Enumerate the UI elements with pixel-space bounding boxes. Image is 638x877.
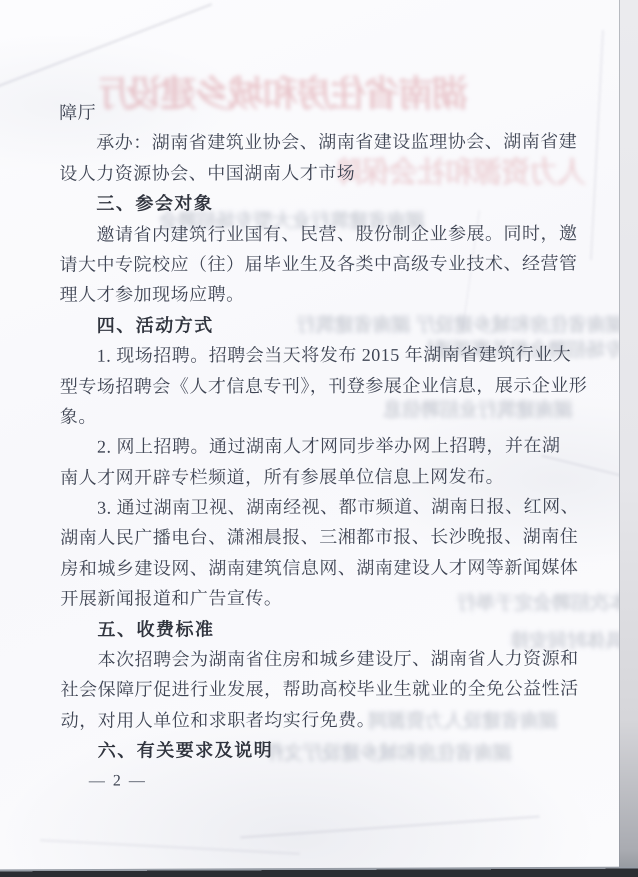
doc-line: 2. 网上招聘。通过湖南人才网同步举办网上招聘，并在湖 bbox=[60, 431, 585, 463]
doc-line: 动，对用人单位和求职者均实行免费。 bbox=[61, 704, 586, 736]
paper-crease bbox=[240, 816, 539, 839]
doc-line: 本次招聘会为湖南省住房和城乡建设厅、湖南省人力资源和 bbox=[61, 643, 586, 675]
section-heading: 四、活动方式 bbox=[60, 309, 585, 341]
section-heading: 六、有关要求及说明 bbox=[61, 735, 586, 767]
scanner-edge-bottom bbox=[0, 867, 638, 877]
doc-line: 开展新闻报道和广告宣传。 bbox=[60, 583, 585, 615]
doc-line: 设人力资源协会、中国湖南人才市场 bbox=[59, 157, 584, 189]
doc-line: 象。 bbox=[60, 400, 585, 432]
scanned-page: 湖南省住房和城乡建设厅 人力资源和社会保障厅 湖南省建筑行业大型专场招聘会 湖南… bbox=[0, 0, 621, 872]
doc-line: 社会保障厅促进行业发展，帮助高校毕业生就业的全免公益性活 bbox=[61, 674, 586, 706]
paper-crease bbox=[0, 3, 212, 94]
doc-line: 房和城乡建设网、湖南建筑信息网、湖南建设人才网等新闻媒体 bbox=[60, 552, 585, 584]
doc-line: 型专场招聘会《人才信息专刊》，刊登参展企业信息，展示企业形 bbox=[60, 370, 585, 402]
section-heading: 五、收费标准 bbox=[60, 613, 585, 645]
doc-line: 障厅 bbox=[59, 96, 584, 128]
doc-line: 3. 通过湖南卫视、湖南经视、都市频道、湖南日报、红网、 bbox=[60, 491, 585, 523]
doc-line: 湖南人民广播电台、潇湘晨报、三湘都市报、长沙晚报、湖南住 bbox=[60, 522, 585, 554]
scanner-edge-right bbox=[619, 0, 638, 877]
doc-line: 请大中专院校应（往）届毕业生及各类中高级专业技术、经营管 bbox=[59, 248, 584, 280]
doc-line: 承办：湖南省建筑业协会、湖南省建设监理协会、湖南省建 bbox=[59, 127, 584, 159]
doc-line: 1. 现场招聘。招聘会当天将发布 2015 年湖南省建筑行业大 bbox=[60, 339, 585, 371]
section-heading: 三、参会对象 bbox=[59, 187, 584, 219]
page-number: — 2 — bbox=[61, 765, 586, 797]
doc-line: 南人才网开辟专栏频道，所有参展单位信息上网发布。 bbox=[60, 461, 585, 493]
doc-line: 邀请省内建筑行业国有、民营、股份制企业参展。同时，邀 bbox=[59, 218, 584, 250]
paper-crease bbox=[590, 30, 604, 260]
document-body: 障厅 承办：湖南省建筑业协会、湖南省建设监理协会、湖南省建 设人力资源协会、中国… bbox=[59, 96, 586, 796]
paper-crease bbox=[40, 839, 300, 855]
doc-line: 理人才参加现场应聘。 bbox=[60, 279, 585, 311]
